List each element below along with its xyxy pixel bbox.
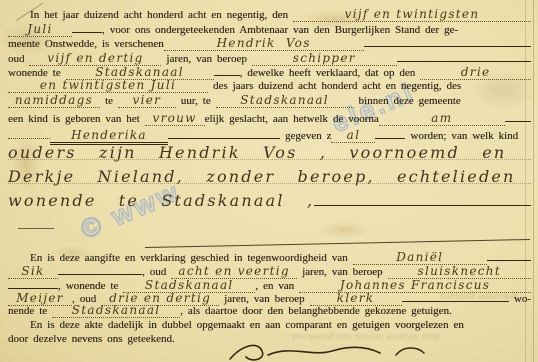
printed-text: meente Onstwedde, is verschenen [8, 38, 164, 51]
printed-text: te [100, 95, 118, 108]
handwritten-entry: vrouw [145, 112, 205, 126]
blank-line [8, 128, 50, 139]
handwritten-entry: vijf en dertig [29, 52, 161, 66]
birth-certificate-scan: © www ele.nl door dezelve nevens ons get… [0, 0, 538, 362]
form-line: namiddags te vier uur, te Stadskanaal bi… [8, 94, 531, 108]
watermark-fragment: © www [76, 176, 185, 246]
printed-text: nende te [8, 305, 52, 318]
printed-text: In het jaar duizend acht honderd acht en… [30, 9, 293, 22]
handwritten-entry: al [331, 129, 375, 143]
form-line: Derkje Nieland, zonder beroep, echtelied… [8, 170, 531, 184]
handwritten-entry: am [379, 112, 505, 126]
handwritten-entry: wonende te Stadskanaal , [8, 194, 314, 207]
blank-line [505, 111, 531, 122]
handwritten-entry: namiddags [8, 94, 100, 108]
printed-text: door dezelve nevens ons geteekend. [8, 333, 175, 346]
handwritten-entry: Stadskanaal [216, 94, 354, 108]
printed-text: elijk geslacht, aan hetwelk de voorna [205, 113, 379, 126]
fox-stain [318, 222, 372, 238]
form-line: Sik, oud acht en veertig jaren, van bero… [8, 264, 531, 279]
handwritten-entry: Derkje Nieland, zonder beroep, echtelied… [8, 170, 531, 183]
handwritten-entry: vier [118, 94, 176, 108]
handwritten-entry: ouders zijn Hendrik Vos , voornoemd en [8, 146, 531, 159]
form-line: een kind is geboren van het vrouwelijk g… [8, 111, 531, 126]
handwritten-entry: drie [420, 66, 531, 80]
printed-text: En is deze akte dadelijk in dubbel opgem… [30, 319, 464, 332]
handwritten-entry: sluisknecht [388, 265, 531, 279]
blank-line [487, 250, 531, 261]
form-line: meente Onstwedde, is verschenenHendrik V… [8, 36, 531, 51]
handwritten-entry: vijf en twintigsten [293, 8, 531, 22]
blank-line [397, 51, 531, 62]
handwritten-entry: Sik [8, 265, 58, 279]
form-line: en twintigsten Juli des jaars duizend ac… [8, 79, 531, 93]
printed-text: een kind is geboren van het [8, 113, 145, 126]
blank-line [58, 264, 142, 275]
blank-line [314, 195, 531, 206]
blank-line [364, 36, 531, 47]
printed-text: binnen deze gemeente [354, 95, 461, 108]
form-line: nende te Stadskanaal, als daartoe door d… [8, 304, 531, 318]
handwritten-entry: Daniël [353, 251, 487, 265]
printed-text: worden; van welk kind [405, 130, 518, 143]
blank-line [375, 128, 405, 139]
form-line: wonende te Stadskanaal , [8, 194, 531, 207]
printed-text: , als daartoe door den belanghebbende ge… [180, 305, 452, 318]
handwritten-entry: Juli [8, 23, 72, 37]
form-line: In het jaar duizend acht honderd acht en… [8, 8, 531, 22]
handwritten-entry: en twintigsten Juli [8, 79, 208, 93]
blank-line [8, 278, 58, 289]
blank-line [72, 22, 102, 33]
printed-text: gegeven z [280, 130, 331, 143]
form-line: oud vijf en dertig jaren, van beroep sch… [8, 51, 531, 66]
handwritten-entry: acht en veertig [171, 265, 297, 279]
form-line: En is deze akte dadelijk in dubbel opgem… [8, 319, 531, 332]
pen-stroke [18, 228, 54, 229]
form-line: Juli, voor ons ondergeteekenden Ambtenaa… [8, 22, 531, 37]
blank-line [402, 291, 509, 302]
form-line: ouders zijn Hendrik Vos , voornoemd en [8, 146, 531, 160]
crossout-stroke [145, 239, 530, 248]
handwritten-entry: Stadskanaal [52, 304, 180, 318]
form-line: En is deze aangifte en verklaring geschi… [8, 250, 531, 265]
signature-flourish [228, 343, 428, 362]
handwritten-entry: schipper [252, 52, 397, 66]
blank-line [168, 128, 280, 139]
handwritten-entry: Hendrik Vos [164, 37, 364, 51]
blank-line [214, 65, 240, 76]
printed-text: uur, te [176, 95, 216, 108]
printed-text: des jaars duizend acht honderd acht en n… [208, 80, 461, 93]
